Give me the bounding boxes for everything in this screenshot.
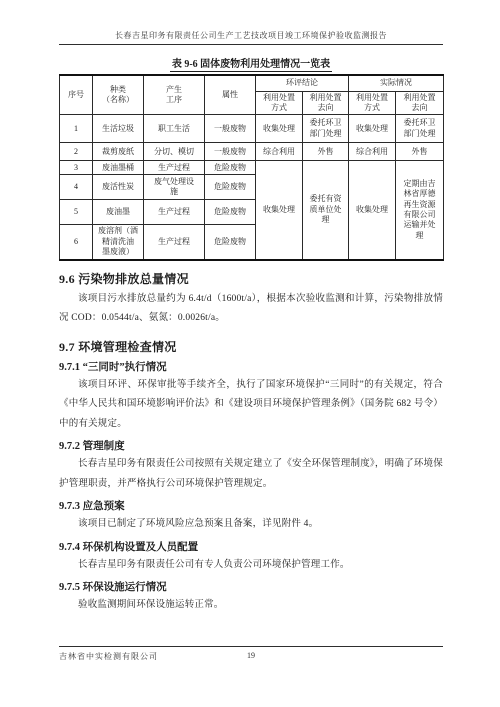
table-cell: 委托环卫 部门处理 xyxy=(303,115,349,143)
table-cell: 收集处理 xyxy=(349,115,396,143)
table-cell: 外售 xyxy=(396,143,444,161)
section-title-9-7-4: 9.7.4 环保机构设置及人员配置 xyxy=(59,539,443,554)
table-cell: 废溶剂（酒 精清洗油 墨废液） xyxy=(93,225,144,260)
table-cell: 危险废物 xyxy=(205,200,256,225)
header-cell-actual-destination: 利用处置 去向 xyxy=(396,91,444,115)
table-cell: 综合利用 xyxy=(349,143,396,161)
section-paragraph: 长春吉星印务有限责任公司按照有关规定建立了《安全环保管理制度》，明确了环境保护管… xyxy=(59,455,443,494)
table-cell: 收集处理 xyxy=(256,115,303,143)
header-cell-eia-method: 利用处置 方式 xyxy=(256,91,303,115)
table-cell: 1 xyxy=(60,115,93,143)
section-paragraph: 验收监测期间环保设施运转正常。 xyxy=(59,596,443,616)
table-cell: 一般废物 xyxy=(205,115,256,143)
table-cell: 分切、模切 xyxy=(144,143,205,161)
table-cell: 危险废物 xyxy=(205,175,256,200)
section-title-9-7-3: 9.7.3 应急预案 xyxy=(59,498,443,513)
section-title-9-7: 9.7 环境管理检查情况 xyxy=(59,338,443,355)
header-cell-kind: 种类 （名称） xyxy=(93,75,144,115)
header-cell-index: 序号 xyxy=(60,75,93,115)
solid-waste-table: 序号 种类 （名称） 产生 工序 属性 环评结论 实际情况 利用处置 方式 利用… xyxy=(59,74,444,261)
section-title-9-7-5: 9.7.5 环保设施运行情况 xyxy=(59,579,443,594)
table-cell: 生活垃圾 xyxy=(93,115,144,143)
table-row: 1 生活垃圾 职工生活 一般废物 收集处理 委托环卫 部门处理 收集处理 委托环… xyxy=(60,115,444,143)
page-number: 19 xyxy=(59,651,443,660)
section-paragraph: 该项目已制定了环境风险应急预案且备案，详见附件 4。 xyxy=(59,515,443,535)
table-cell: 3 xyxy=(60,161,93,175)
header-cell-actual-group: 实际情况 xyxy=(349,75,444,91)
page-footer: 19 吉林省中实检测有限公司 xyxy=(59,651,443,662)
table-cell: 废活性炭 xyxy=(93,175,144,200)
table-cell-merged-actual-method: 收集处理 xyxy=(349,161,396,260)
table-cell-merged-actual-destination: 定期由吉 林省厚德 再生资源 有限公司 运输并处 理 xyxy=(396,161,444,260)
table-cell: 综合利用 xyxy=(256,143,303,161)
table-row: 2 裁剪废纸 分切、模切 一般废物 综合利用 外售 综合利用 外售 xyxy=(60,143,444,161)
table-row: 3 废油墨桶 生产过程 危险废物 收集处理 委托有资 质单位处 理 收集处理 定… xyxy=(60,161,444,175)
table-cell: 生产过程 xyxy=(144,161,205,175)
table-cell: 6 xyxy=(60,225,93,260)
table-cell: 一般废物 xyxy=(205,143,256,161)
section-paragraph: 该项目环评、环保审批等手续齐全，执行了国家环境保护“三同时”的有关规定，符合《中… xyxy=(59,376,443,435)
footer-rule xyxy=(59,646,443,647)
table-cell: 4 xyxy=(60,175,93,200)
table-cell: 生产过程 xyxy=(144,200,205,225)
table-cell: 危险废物 xyxy=(205,225,256,260)
header-cell-actual-method: 利用处置 方式 xyxy=(349,91,396,115)
table-cell: 职工生活 xyxy=(144,115,205,143)
section-title-9-7-2: 9.7.2 管理制度 xyxy=(59,438,443,453)
table-cell: 外售 xyxy=(303,143,349,161)
table-title: 表 9-6 固体废物利用处理情况一览表 xyxy=(59,55,443,70)
header-cell-process: 产生 工序 xyxy=(144,75,205,115)
section-title-9-6: 9.6 污染物排放总量情况 xyxy=(59,270,443,287)
table-cell: 2 xyxy=(60,143,93,161)
table-title-text: 表 9-6 固体废物利用处理情况一览表 xyxy=(170,59,332,72)
page-content: 表 9-6 固体废物利用处理情况一览表 序号 种类 （名称） 产生 工序 属性 … xyxy=(59,0,443,619)
table-cell-merged-eia-method: 收集处理 xyxy=(256,161,303,260)
table-cell: 废气处理设 施 xyxy=(144,175,205,200)
table-cell: 5 xyxy=(60,200,93,225)
header-cell-eia-group: 环评结论 xyxy=(256,75,349,91)
section-paragraph: 该项目污水排放总量约为 6.4t/d（1600t/a），根据本次验收监测和计算，… xyxy=(59,290,443,329)
table-cell: 危险废物 xyxy=(205,161,256,175)
table-cell: 废油墨 xyxy=(93,200,144,225)
document-page: 长春吉星印务有限责任公司生产工艺技改项目竣工环境保护验收监测报告 表 9-6 固… xyxy=(0,0,500,707)
header-cell-attribute: 属性 xyxy=(205,75,256,115)
table-cell: 裁剪废纸 xyxy=(93,143,144,161)
table-cell: 委托环卫 部门处理 xyxy=(396,115,444,143)
table-header-row-group: 序号 种类 （名称） 产生 工序 属性 环评结论 实际情况 xyxy=(60,75,444,91)
table-cell-merged-eia-destination: 委托有资 质单位处 理 xyxy=(303,161,349,260)
table-cell: 生产过程 xyxy=(144,225,205,260)
section-paragraph: 长春吉星印务有限责任公司有专人负责公司环境保护管理工作。 xyxy=(59,556,443,576)
table-cell: 废油墨桶 xyxy=(93,161,144,175)
section-title-9-7-1: 9.7.1 “三同时”执行情况 xyxy=(59,359,443,374)
header-cell-eia-destination: 利用处置 去向 xyxy=(303,91,349,115)
